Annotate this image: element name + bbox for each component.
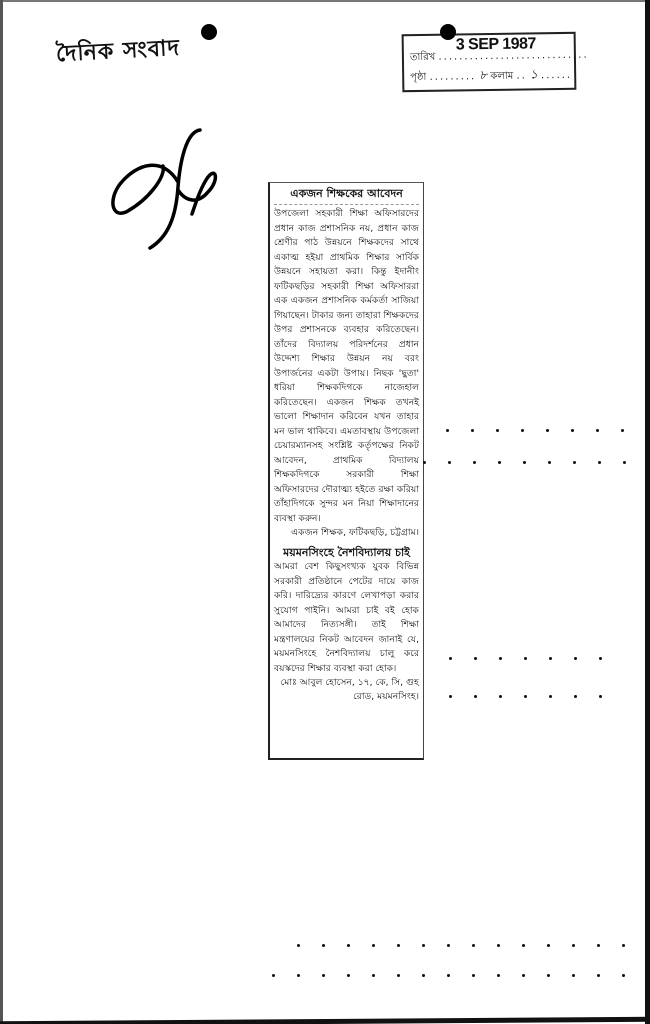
scan-dot [547, 974, 550, 977]
scan-dot [423, 461, 426, 464]
date-stamp: 3 SEP 1987 তারিখ .......................… [402, 32, 577, 92]
scan-dot [572, 974, 575, 977]
scan-dot [473, 461, 476, 464]
scan-dot [524, 657, 527, 660]
scan-dot [322, 944, 325, 947]
scan-dot [397, 944, 400, 947]
scan-dot [347, 944, 350, 947]
newspaper-clipping: একজন শিক্ষকের আবেদন উপজেলা সহকারী শিক্ষা… [268, 182, 424, 760]
scan-dot [474, 657, 477, 660]
scan-dot [522, 944, 525, 947]
scan-dot [622, 974, 625, 977]
scan-dot [571, 429, 574, 432]
scan-dot [347, 974, 350, 977]
scan-dot [449, 657, 452, 660]
stamp-date-row: তারিখ ............................. [410, 48, 589, 67]
stamp-page-row: পৃষ্ঠা ......... ৮ কলাম .. ১ ...... [410, 66, 572, 88]
scan-dot [446, 429, 449, 432]
scan-dot [497, 974, 500, 977]
scan-dot [397, 974, 400, 977]
scan-dot [449, 695, 452, 698]
scan-dot [372, 944, 375, 947]
scan-dot [546, 429, 549, 432]
letter-item: একজন শিক্ষকের আবেদন উপজেলা সহকারী শিক্ষা… [274, 185, 419, 540]
scan-dot [422, 974, 425, 977]
page-edge-bottom [0, 1017, 650, 1024]
scan-dot [448, 461, 451, 464]
page-edge-top [0, 0, 650, 2]
page-edge-right [645, 0, 650, 1024]
scan-dot [522, 974, 525, 977]
scan-dot [573, 461, 576, 464]
scan-dot [474, 695, 477, 698]
letter-title: একজন শিক্ষকের আবেদন [274, 185, 419, 205]
letter-title: ময়মনসিংহে নৈশবিদ্যালয় চাই [274, 546, 419, 560]
stamp-column-label: কলাম [490, 71, 513, 82]
scan-dot [547, 944, 550, 947]
scan-dot [574, 695, 577, 698]
scan-dot [524, 695, 527, 698]
scan-dot [447, 974, 450, 977]
scan-dot [597, 944, 600, 947]
scan-dot [521, 429, 524, 432]
page-edge-left [0, 0, 3, 1024]
letter-item: ময়মনসিংহে নৈশবিদ্যালয় চাই আমরা বেশ কিছ… [274, 546, 419, 704]
scan-dot [422, 944, 425, 947]
dotted-line: ...... [541, 70, 572, 81]
scan-dot [574, 657, 577, 660]
dotted-line: .. [516, 70, 527, 81]
scanned-page: দৈনিক সংবাদ 3 SEP 1987 তারিখ ...........… [0, 0, 650, 1024]
handwritten-number-icon [108, 122, 228, 252]
punch-hole-icon [201, 24, 217, 40]
scan-dot [599, 657, 602, 660]
stamp-column-value: ১ [530, 67, 538, 81]
letter-body: উপজেলা সহকারী শিক্ষা অফিসারদের প্রধান কা… [274, 207, 419, 526]
dotted-line: ............................. [438, 50, 588, 63]
scan-dot [272, 974, 275, 977]
letter-body: আমরা বেশ কিছুসংখ্যক যুবক বিভিন্ন সরকারী … [274, 560, 419, 676]
newspaper-masthead: দৈনিক সংবাদ [55, 31, 181, 74]
scan-dot [599, 695, 602, 698]
scan-dot [499, 657, 502, 660]
punch-hole-icon [440, 24, 456, 40]
scan-dot [548, 461, 551, 464]
letter-signature: একজন শিক্ষক, ফটিকছড়ি, চট্টগ্রাম। [274, 526, 419, 540]
scan-dot [597, 974, 600, 977]
scan-dot [623, 461, 626, 464]
scan-dot [471, 429, 474, 432]
scan-dot [297, 974, 300, 977]
scan-dot [572, 944, 575, 947]
scan-dot [549, 657, 552, 660]
scan-dot [621, 429, 624, 432]
scan-dot [497, 944, 500, 947]
scan-dot [499, 695, 502, 698]
dotted-line: ......... [430, 71, 477, 83]
scan-dot [549, 695, 552, 698]
scan-dot [596, 429, 599, 432]
stamp-page-value: ৮ [479, 68, 487, 82]
scan-dot [498, 461, 501, 464]
scan-dot [523, 461, 526, 464]
letter-signature: মোঃ আবুল হোসেন, ১৭, কে, সি, গুহ রোড, ময়… [274, 676, 419, 704]
scan-dot [496, 429, 499, 432]
scan-dot [447, 944, 450, 947]
scan-dot [322, 974, 325, 977]
scan-dot [622, 944, 625, 947]
scan-dot [598, 461, 601, 464]
scan-dot [472, 974, 475, 977]
stamp-page-label: পৃষ্ঠা [410, 72, 426, 83]
scan-dot [372, 974, 375, 977]
stamp-date-label: তারিখ [410, 52, 435, 63]
scan-dot [472, 944, 475, 947]
scan-dot [297, 944, 300, 947]
